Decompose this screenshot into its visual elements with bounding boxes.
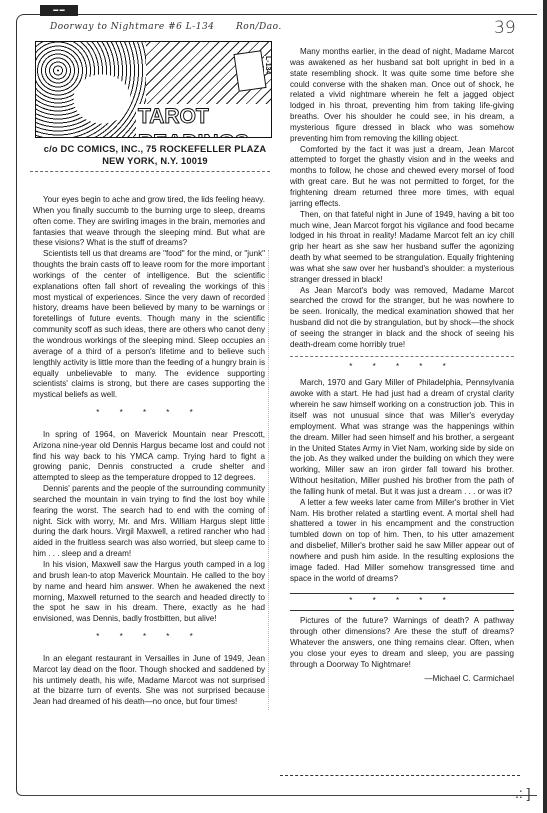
address-line-1: c/o DC COMICS, INC., 75 ROCKEFELLER PLAZ… (35, 143, 275, 155)
mailing-address: c/o DC COMICS, INC., 75 ROCKEFELLER PLAZ… (35, 143, 275, 167)
section-divider-stars: * * * * * (290, 596, 514, 607)
paragraph: In an elegant restaurant in Versailles i… (33, 654, 265, 708)
left-column: Your eyes begin to ache and grow tired, … (33, 195, 265, 708)
paragraph: Many months earlier, in the dead of nigh… (290, 47, 514, 145)
corner-bracket-icon: .: ] (515, 785, 531, 801)
address-line-2: NEW YORK, N.Y. 10019 (35, 155, 275, 167)
illustration-face-icon (36, 42, 146, 137)
file-tab-label: ▬ ▬ (40, 5, 78, 16)
paragraph: As Jean Marcot's body was removed, Madam… (290, 286, 514, 351)
author-signature: —Michael C. Carmichael (290, 674, 514, 685)
paragraph: A letter a few weeks later came from Mil… (290, 498, 514, 585)
divider-line (290, 593, 514, 594)
paragraph: Dennis' parents and the people of the su… (33, 484, 265, 560)
divider-line (290, 610, 514, 611)
right-column: Many months earlier, in the dead of nigh… (290, 47, 514, 684)
section-divider-stars: * * * * * (290, 362, 514, 373)
bottom-divider (280, 775, 520, 776)
paragraph: Your eyes begin to ache and grow tired, … (33, 195, 265, 249)
address-divider (30, 171, 270, 172)
paragraph: March, 1970 and Gary Miller of Philadelp… (290, 378, 514, 497)
handwritten-note: Doorway to Nightmare #6 L-134 (50, 22, 214, 32)
tarot-card-icon (233, 50, 266, 92)
paragraph: In his vision, Maxwell saw the Hargus yo… (33, 560, 265, 625)
paragraph: Scientists tell us that dreams are "food… (33, 249, 265, 401)
banner-code: L-134 (264, 56, 271, 74)
paragraph: Comforted by the fact it was just a drea… (290, 145, 514, 210)
margin-dotted-line (268, 250, 269, 710)
paragraph: In spring of 1964, on Maverick Mountain … (33, 430, 265, 484)
banner-title: TAROT READINGS (136, 104, 271, 138)
paragraph: Pictures of the future? Warnings of deat… (290, 616, 514, 670)
scan-edge-shadow (543, 0, 547, 813)
divider-line (290, 356, 514, 357)
handwritten-initials: Ron/Dao. (236, 22, 282, 32)
section-divider-stars: * * * * * (33, 632, 265, 643)
section-divider-stars: * * * * * (33, 408, 265, 419)
paragraph: Then, on that fateful night in June of 1… (290, 210, 514, 286)
page-number: 39 (494, 18, 516, 38)
tarot-readings-banner: L-134 TAROT READINGS (35, 41, 272, 138)
